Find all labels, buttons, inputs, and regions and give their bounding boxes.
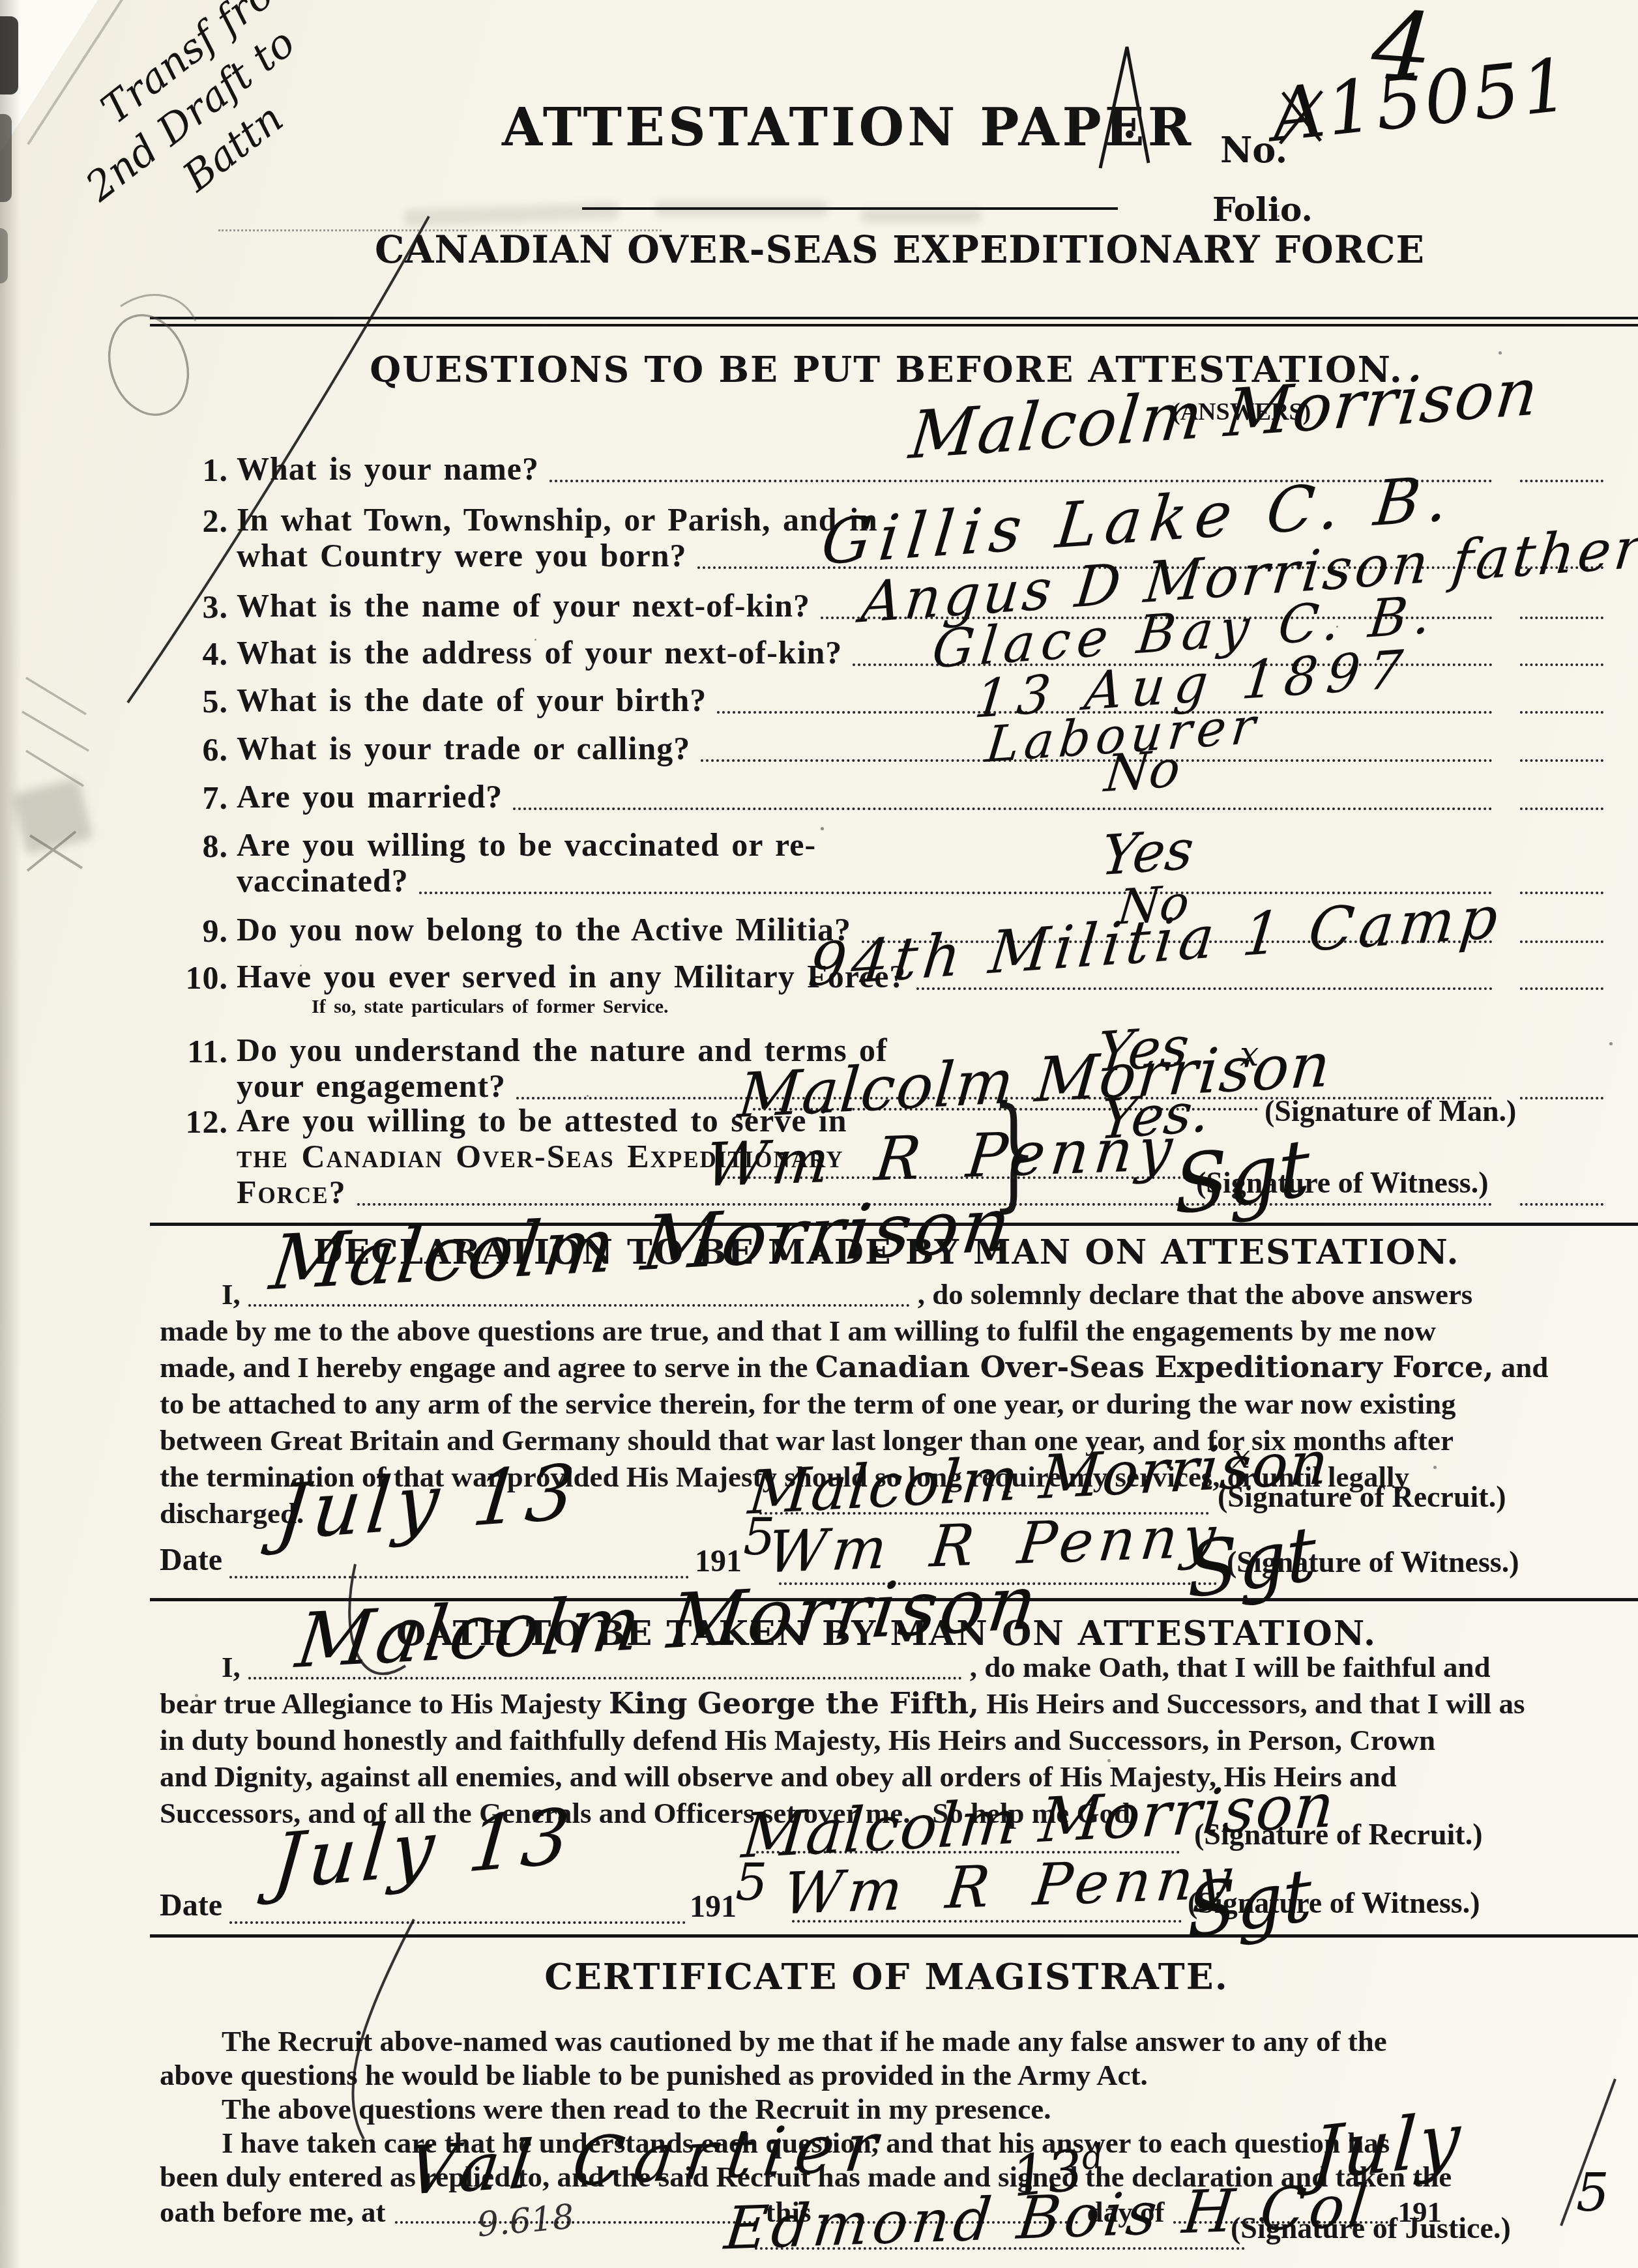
ink-ghost-smudge — [860, 209, 981, 223]
dotted-leader — [1520, 892, 1603, 894]
question-number: 3. — [183, 588, 228, 626]
question-text: What is your name? — [237, 451, 539, 487]
question-text: what Country were you born? — [237, 538, 687, 574]
question-row-6: 6.What is your trade or calling? — [160, 731, 1603, 766]
certificate-text: The Recruit above-named was cautioned by… — [222, 2025, 1387, 2057]
question-number: 7. — [183, 779, 228, 817]
double-rule — [150, 324, 1638, 327]
question-row-7: 7.Are you married? — [160, 779, 1603, 815]
dotted-leader — [1520, 480, 1603, 482]
dotted-leader — [1520, 617, 1603, 619]
question-text: vaccinated? — [237, 863, 409, 899]
scan-edge-shadow — [0, 0, 21, 2268]
witness-rank-handwriting: Sgt — [1173, 1127, 1311, 1227]
force-name-bold: Canadian Over-Seas Expeditionary Force, — [815, 1350, 1494, 1384]
oath-text: in duty bound honestly and faithfully de… — [160, 1722, 1608, 1758]
question-text: Are you willing to be vaccinated or re- — [237, 826, 816, 863]
answer-8: Yes — [1099, 822, 1197, 884]
question-text: Force? — [237, 1174, 347, 1210]
question-text: Are you married? — [237, 779, 503, 815]
question-note: If so, state particulars of former Servi… — [312, 996, 1603, 1018]
question-text: your engagement? — [237, 1068, 506, 1104]
oath-text: bear true Allegiance to His Majesty — [160, 1687, 609, 1720]
ink-ghost-smudge — [404, 202, 620, 227]
question-number: 10. — [183, 959, 228, 996]
title-rule — [582, 207, 1118, 210]
question-text: What is the address of your next-of-kin? — [237, 635, 842, 671]
dotted-leader — [1520, 759, 1603, 762]
dotted-leader — [1520, 1097, 1603, 1099]
oath-text: and Dignity, against all enemies, and wi… — [160, 1758, 1608, 1795]
declaration-line: made, and I hereby engage and agree to s… — [160, 1349, 1608, 1386]
oath-text: His Heirs and Successors, and that I wil… — [979, 1687, 1525, 1720]
dotted-leader — [916, 987, 1493, 990]
question-number: 11. — [183, 1032, 228, 1070]
form-title: ATTESTATION PAPER — [502, 96, 1118, 158]
question-row-8: 8.Are you willing to be vaccinated or re… — [160, 827, 1603, 899]
question-number: 5. — [183, 682, 228, 720]
dotted-leader — [1520, 663, 1603, 666]
declaration-text: and — [1493, 1351, 1548, 1384]
witness-rank-handwriting: Sgt — [1186, 1516, 1317, 1610]
declaration-text: , do solemnly declare that the above ans… — [918, 1276, 1473, 1313]
certificate-heading: CERTIFICATE OF MAGISTRATE. — [225, 1955, 1548, 1998]
double-rule — [150, 317, 1638, 319]
year-handwriting: 5 — [1576, 2167, 1609, 2219]
question-text: In what Town, Township, or Parish, and i… — [237, 501, 878, 538]
certificate-text: oath before me, at — [160, 2195, 386, 2229]
scan-edge-mark — [0, 16, 18, 94]
king-name-bold: King George the Fifth, — [609, 1686, 979, 1721]
dotted-leader — [1520, 1203, 1603, 1206]
witness-rank-handwriting: Sgt — [1186, 1858, 1313, 1949]
attestation-paper-scan: Transf from 2nd Draft to Battn ATTESTATI… — [0, 0, 1638, 2268]
scan-edge-mark — [0, 114, 12, 202]
date-label: Date — [160, 1887, 222, 1923]
year-printed: 191 — [695, 1543, 742, 1579]
pencil-hatch-marks — [22, 678, 89, 786]
dotted-leader — [1520, 987, 1603, 990]
dotted-leader — [1520, 711, 1603, 714]
date-line — [229, 1576, 689, 1578]
declaration-text: made by me to the above questions are tr… — [160, 1313, 1608, 1349]
handwritten-regimental-number: A15051 — [1268, 48, 1574, 153]
question-number: 12. — [183, 1103, 228, 1141]
question-number: 1. — [183, 451, 228, 489]
small-handwritten-code: 9.618 — [476, 2200, 576, 2243]
dotted-leader — [1520, 940, 1603, 943]
signature-x-mark: x — [1240, 1038, 1259, 1071]
year-printed: 191 — [690, 1889, 737, 1925]
question-number: 8. — [183, 827, 228, 865]
declaration-date-handwriting: July 13 — [273, 1454, 583, 1552]
certificate-line: The Recruit above-named was cautioned by… — [160, 2024, 1626, 2058]
question-text: What is your trade or calling? — [237, 731, 690, 766]
scan-edge-mark — [0, 228, 8, 283]
question-text: Do you now belong to the Active Militia? — [237, 912, 851, 948]
declaration-text: made, and I hereby engage and agree to s… — [160, 1351, 815, 1384]
dotted-leader — [1520, 807, 1603, 810]
oath-text: I, — [222, 1649, 241, 1685]
question-number: 2. — [183, 502, 228, 540]
question-text: What is the date of your birth? — [237, 682, 707, 718]
question-text: Have you ever served in any Military For… — [237, 959, 906, 995]
witness-signature-handwriting: Wm R Penny — [781, 1850, 1239, 1923]
dotted-leader — [419, 892, 1493, 894]
date-line — [229, 1921, 686, 1924]
oath-line: bear true Allegiance to His Majesty King… — [160, 1685, 1608, 1722]
section-divider — [150, 1934, 1638, 1938]
place-blank-line — [395, 2221, 757, 2224]
certificate-text: above questions he would be liable to be… — [160, 2058, 1626, 2092]
folio-label: Folio. — [1212, 190, 1313, 229]
pencil-circle-scribble — [97, 305, 201, 425]
declaration-text: I, — [222, 1276, 241, 1313]
question-number: 4. — [183, 635, 228, 673]
signature-x-mark: x — [1232, 1440, 1250, 1473]
question-text: What is the name of your next-of-kin? — [237, 588, 810, 624]
declaration-text: to be attached to any arm of the service… — [160, 1386, 1608, 1422]
oath-text: , do make Oath, that I will be faithful … — [970, 1649, 1491, 1685]
pencil-smudge — [12, 778, 93, 855]
day-suffix: d — [1079, 2137, 1105, 2178]
corner-handwritten-note: Transf from 2nd Draft to Battn — [29, 0, 377, 265]
answer-7: No — [1102, 744, 1182, 800]
question-number: 9. — [183, 912, 228, 950]
year-handwriting: 5 — [735, 1857, 768, 1908]
dotted-leader — [513, 807, 1493, 810]
question-number: 6. — [183, 731, 228, 768]
date-label: Date — [160, 1542, 222, 1578]
name-blank-line — [248, 1304, 910, 1307]
form-subtitle: CANADIAN OVER-SEAS EXPEDITIONARY FORCE — [375, 228, 1414, 272]
